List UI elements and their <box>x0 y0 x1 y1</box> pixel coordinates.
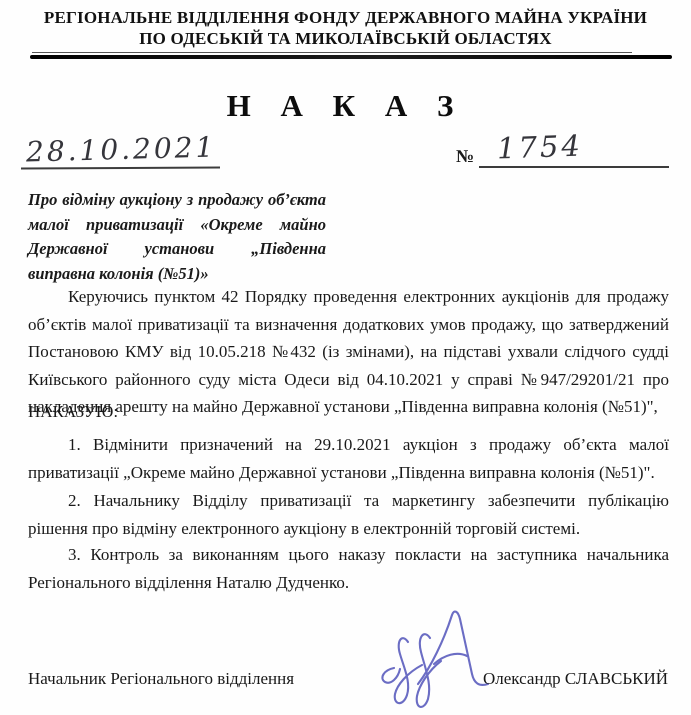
org-name-line1: РЕГІОНАЛЬНЕ ВІДДІЛЕННЯ ФОНДУ ДЕРЖАВНОГО … <box>0 7 691 28</box>
signatory-position: Начальник Регіонального відділення <box>28 669 294 689</box>
org-header: РЕГІОНАЛЬНЕ ВІДДІЛЕННЯ ФОНДУ ДЕРЖАВНОГО … <box>0 7 691 49</box>
handwritten-date: 28.10.2021 <box>26 131 217 169</box>
order-item-3: 3. Контроль за виконанням цього наказу п… <box>28 541 669 596</box>
number-label: № <box>456 146 474 167</box>
date-underline <box>21 166 220 169</box>
order-item-2: 2. Начальнику Відділу приватизації та ма… <box>28 487 669 542</box>
header-divider <box>30 55 672 59</box>
order-keyword: НАКАЗУЮ: <box>28 398 669 426</box>
signature-image <box>374 606 509 715</box>
signatory-name: Олександр СЛАВСЬКИЙ <box>483 669 668 689</box>
subject-block: Про відміну аукціону з продажу об’єкта м… <box>28 188 326 286</box>
scanned-order-document: РЕГІОНАЛЬНЕ ВІДДІЛЕННЯ ФОНДУ ДЕРЖАВНОГО … <box>0 0 691 715</box>
number-underline <box>479 166 669 168</box>
document-title: Н А К А З <box>0 88 691 124</box>
order-item-1: 1. Відмінити призначений на 29.10.2021 а… <box>28 431 669 486</box>
handwritten-number: 1754 <box>496 129 583 166</box>
org-name-line2: ПО ОДЕСЬКІЙ ТА МИКОЛАЇВСЬКІЙ ОБЛАСТЯХ <box>0 28 691 49</box>
